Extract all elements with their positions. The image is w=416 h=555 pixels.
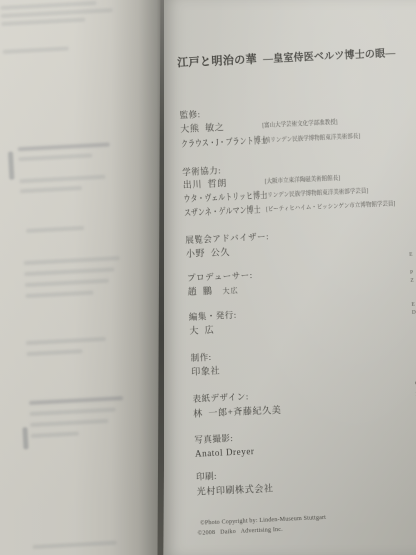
section-label-supervision: 監修: [179,110,200,119]
credit-name: 印象社 [191,367,220,377]
section-label-cover-design: 表紙デザイン: [192,392,249,403]
open-book-photo: 江戸と明治の華―皇室侍医ベルツ博士の眼― 監修: 大熊 敏之 [富山大学芸術文化… [0,0,416,555]
credit-name: 大熊 敏之 [180,123,224,134]
credit-name: 大 広 [189,326,214,336]
edge-text-fragment: P [410,270,416,276]
edge-text-fragment: D [412,310,416,316]
credit-affiliation: [リンデン民族学博物館東洋美術部学芸員] [265,189,368,200]
title-subtitle: ―皇室侍医ベルツ博士の眼― [263,48,396,65]
credit-affiliation: [前リンデン民族学博物館東洋美術部長] [263,134,361,144]
producer-company: 大広 [222,287,238,296]
producer-name: 趙 鵬 [187,286,212,297]
credit-name: 趙 鵬大広 [187,286,238,297]
section-label-editing-publishing: 編集・発行: [189,311,237,322]
section-label-production: 制作: [190,353,211,362]
title-main: 江戸と明治の華 [177,54,257,70]
edge-text-fragment: E [411,302,416,308]
section-label-photography: 写真撮影: [194,434,233,444]
credit-name: 林 一郎+斉藤紀久美 [193,406,282,419]
credit-name: スザンネ・ゲルマン博士 [184,206,261,218]
credit-name: 出川 哲朗 [183,179,227,190]
colophon-content: 江戸と明治の華―皇室侍医ベルツ博士の眼― 監修: 大熊 敏之 [富山大学芸術文化… [151,0,416,555]
copyright-line: ©Photo Copyright by: Linden-Museum Stutt… [200,515,326,527]
copyright-line: ©2008 Daiko Advertising Inc. [198,527,283,537]
edge-text-fragment: E [409,252,416,258]
credit-name: クラウス・J・ブラント博士 [181,136,268,149]
credit-name: 光村印刷株式会社 [197,484,274,496]
colophon-page: 江戸と明治の華―皇室侍医ベルツ博士の眼― 監修: 大熊 敏之 [富山大学芸術文化… [164,0,416,555]
section-label-exhibition-adviser: 展覧会アドバイザー: [185,232,269,244]
left-page [0,0,163,555]
book-title: 江戸と明治の華―皇室侍医ベルツ博士の眼― [177,48,396,69]
section-label-producer: プロデューサー: [187,271,253,282]
credit-affiliation: [大阪市立東洋陶磁美術館館長] [265,176,341,185]
credit-name: ウタ・ヴェルトリッヒ博士 [183,191,267,204]
credit-name: 小野 公久 [186,248,230,259]
section-label-academic-cooperation: 学術協力: [182,166,221,176]
credit-name: Anatol Dreyer [195,447,255,459]
credit-affiliation: [富山大学芸術文化学部准教授] [262,120,338,129]
credit-affiliation: [ビーティヒハイム・ビッシンゲン市立博物館学芸員] [266,201,396,213]
edge-text-fragment: Z [410,278,416,284]
section-label-printing: 印刷: [196,472,217,481]
